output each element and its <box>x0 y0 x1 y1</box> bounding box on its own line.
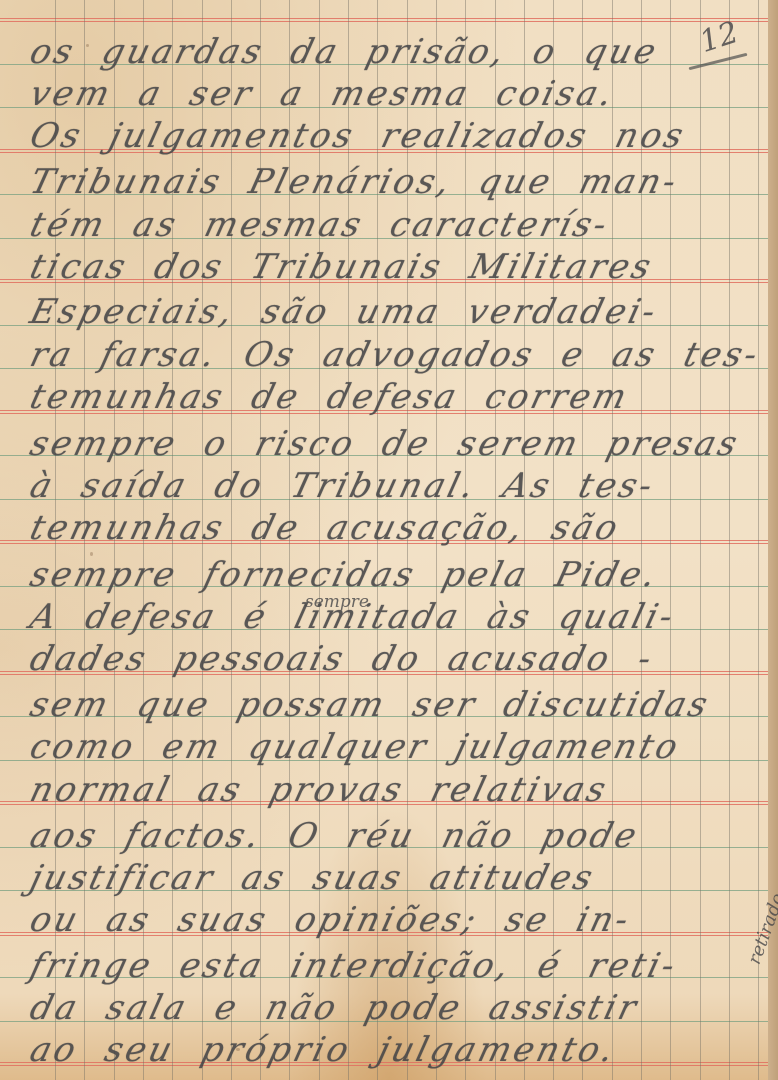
text-line-3: Os julgamentos realizados nos <box>26 116 776 156</box>
text-line-21: ou as suas opiniões; se in- <box>26 900 776 940</box>
text-line-9: temunhas de defesa correm <box>26 377 776 417</box>
text-line-1: os guardas da prisão, o que <box>26 32 776 72</box>
text-line-20: justificar as suas atitudes <box>26 858 776 898</box>
notebook-page: 12 os guardas da prisão, o que vem a ser… <box>0 0 778 1080</box>
text-line-18: normal as provas relativas <box>26 770 776 810</box>
text-line-7: Especiais, são uma verdadei- <box>26 292 776 332</box>
text-line-6: ticas dos Tribunais Militares <box>26 247 776 287</box>
text-line-11: à saída do Tribunal. As tes- <box>26 466 776 506</box>
text-line-22: fringe esta interdição, é reti- <box>26 946 776 986</box>
text-line-19: aos factos. O réu não pode <box>26 816 776 856</box>
text-line-16: sem que possam ser discutidas <box>26 685 776 725</box>
text-line-24: ao seu próprio julgamento. <box>26 1030 776 1070</box>
text-line-5: tém as mesmas caracterís- <box>26 205 776 245</box>
text-line-10: sempre o risco de serem presas <box>26 424 776 464</box>
text-line-14: A defesa é limitada às quali- <box>26 597 776 637</box>
text-line-4: Tribunais Plenários, que man- <box>26 162 776 202</box>
text-line-12: temunhas de acusação, são <box>26 508 776 548</box>
text-line-15: dades pessoais do acusado - <box>26 639 776 679</box>
handwritten-text: os guardas da prisão, o que vem a ser a … <box>0 0 768 1080</box>
text-line-17: como em qualquer julgamento <box>26 727 776 767</box>
text-line-13: sempre fornecidas pela Pide. <box>26 555 776 595</box>
text-line-23: da sala e não pode assistir <box>26 988 776 1028</box>
text-line-2: vem a ser a mesma coisa. <box>26 74 776 114</box>
interlinear-insertion: sempre <box>305 592 369 612</box>
text-line-8: ra farsa. Os advogados e as tes- <box>26 335 776 375</box>
